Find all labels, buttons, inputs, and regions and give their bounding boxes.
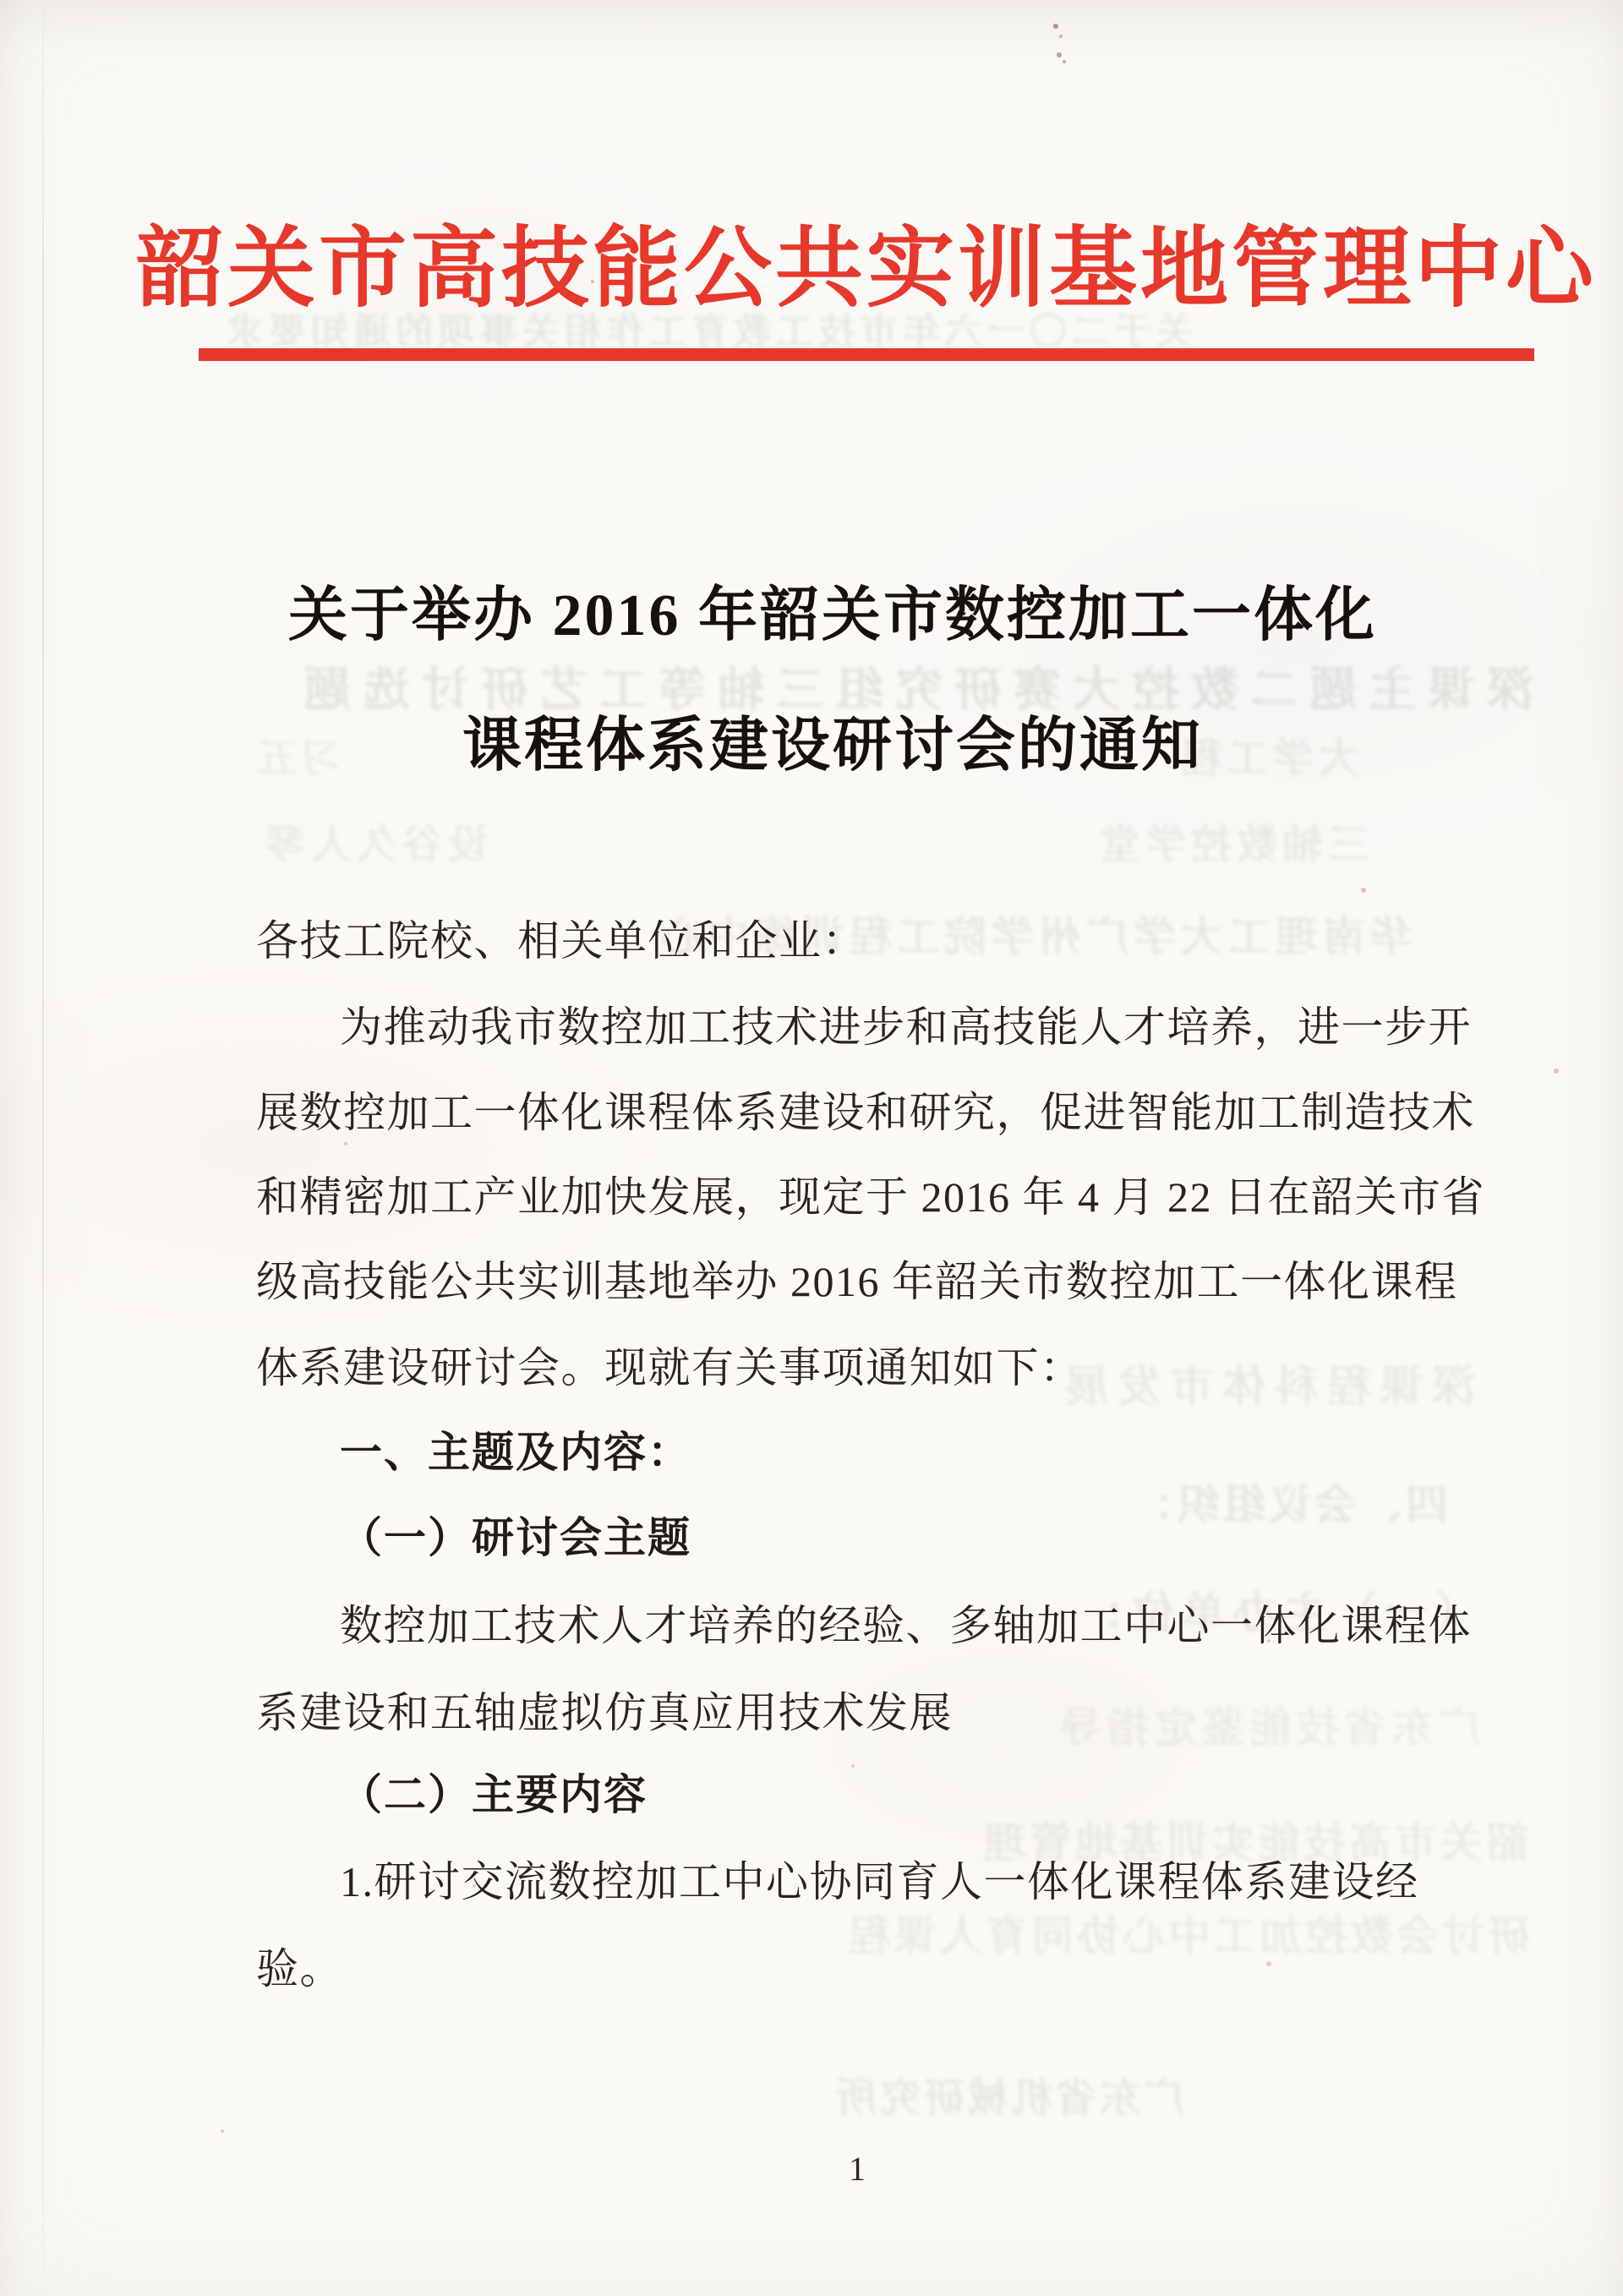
- document-title-line-1: 关于举办 2016 年韶关市数控加工一体化: [288, 585, 1377, 648]
- scan-crease-line: [42, 0, 44, 2296]
- body-line: 级高技能公共实训基地举办 2016 年韶关市数控加工一体化课程: [256, 1259, 1458, 1305]
- page-number: 1: [849, 2149, 866, 2189]
- bleed-through-text: 三轴数控学堂: [1095, 812, 1369, 870]
- bleed-through-text: 深课主题二数控大赛研究组三轴等工艺研讨选题: [292, 653, 1534, 720]
- bleed-through-text: 大学工程: [1177, 725, 1359, 784]
- body-line: 展数控加工一体化课程体系建设和研究，促进智能加工制造技术: [256, 1090, 1475, 1136]
- subsection-heading: （一）研讨会主题: [340, 1515, 691, 1561]
- body-line: 数控加工技术人才培养的经验、多轴加工中心一体化课程体: [340, 1603, 1472, 1649]
- bleed-through-text: 广东省机械研究所: [833, 2065, 1184, 2124]
- scan-artifact-dots: [1053, 22, 1055, 24]
- bleed-through-text: 广东省技能鉴定指导: [1055, 1694, 1481, 1755]
- body-line: 和精密加工产业加快发展，现定于 2016 年 4 月 22 日在韶关市省: [256, 1174, 1485, 1221]
- scanned-document-page: 关于二〇一六年市技工教育工作相关事项的通知要求 深课主题二数控大赛研究组三轴等工…: [0, 0, 1623, 2296]
- bleed-through-text: 深课程科体市发展: [1057, 1351, 1476, 1414]
- body-line-salutation: 各技工院校、相关单位和企业：: [256, 918, 866, 965]
- scan-noise-specks: [0, 0, 2, 2]
- letterhead-title: 韶关市高技能公共实训基地管理中心: [136, 223, 1597, 316]
- body-line: 系建设和五轴虚拟仿真应用技术发展: [256, 1690, 953, 1736]
- section-heading: 一、主题及内容：: [340, 1430, 691, 1476]
- bleed-through-text: 四、会议组织：: [1128, 1471, 1448, 1532]
- document-title-line-2: 课程体系建设研讨会的通知: [462, 715, 1203, 778]
- bleed-through-text: 习五: [254, 725, 342, 784]
- letterhead-rule: [199, 348, 1534, 361]
- subsection-heading: （二）主要内容: [340, 1772, 648, 1818]
- body-line: 体系建设研讨会。现就有关事项通知如下：: [256, 1345, 1084, 1391]
- body-line: 验。: [256, 1946, 343, 1993]
- body-line: 1.研讨交流数控加工中心协同育人一体化课程体系建设经: [340, 1859, 1419, 1905]
- bleed-through-text: 设谷久人琴: [260, 812, 489, 870]
- bleed-through-text: 研讨会数控加工中心协同育人课程: [845, 1902, 1530, 1963]
- body-line: 为推动我市数控加工技术进步和高技能人才培养，进一步开: [340, 1004, 1472, 1051]
